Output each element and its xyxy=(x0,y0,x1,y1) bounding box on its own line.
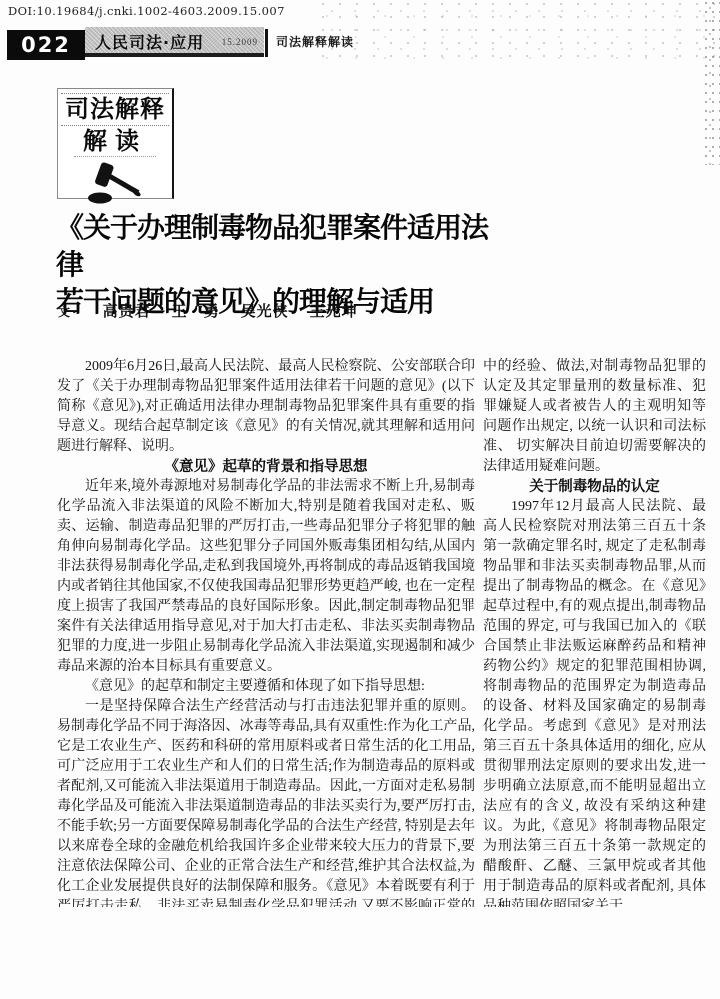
rubric-badge: 司法解释 解读 xyxy=(57,88,174,199)
body-column-right: 中的经验、做法,对制毒物品犯罪的认定及其定罪量刑的数量标准、犯罪嫌疑人或者被告人… xyxy=(483,357,706,907)
journal-name: 人民司法·应用 xyxy=(95,30,204,53)
scan-noise-edge xyxy=(704,0,720,165)
paragraph: 一是坚持保障合法生产经营活动与打击违法犯罪并重的原则。易制毒化学品不同于海洛因、… xyxy=(57,697,475,907)
rubric-title: 司法解释 xyxy=(61,93,169,126)
author-name: 王光坤 xyxy=(310,300,358,321)
issue-number: 15.2009 xyxy=(222,37,258,47)
section-heading: 《意见》起草的背景和指导思想 xyxy=(57,457,475,477)
byline: 文· 高贵君 王 勇 吴光侠 王光坤 xyxy=(58,300,379,321)
article-title-line1: 《关于办理制毒物品犯罪案件适用法律 xyxy=(56,209,490,283)
paragraph: 近年来,境外毒源地对易制毒化学品的非法需求不断上升,易制毒化学品流入非法渠道的风… xyxy=(57,477,475,677)
paragraph: 2009年6月26日,最高人民法院、最高人民检察院、公安部联合印发了《关于办理制… xyxy=(57,357,475,457)
header-divider xyxy=(265,29,268,57)
page-number-badge: 022 xyxy=(7,30,85,60)
gavel-icon xyxy=(86,162,144,206)
journal-page: DOI:10.19684/j.cnki.1002-4603.2009.15.00… xyxy=(0,0,720,999)
author-name: 吴光侠 xyxy=(241,300,289,321)
paragraph: 1997年12月最高人民法院、最高人民检察院对刑法第三百五十条第一款确定罪名时,… xyxy=(483,497,706,907)
scan-noise xyxy=(320,0,720,62)
rubric-subtitle: 解读 xyxy=(74,127,156,157)
body-column-left: 2009年6月26日,最高人民法院、最高人民检察院、公安部联合印发了《关于办理制… xyxy=(57,357,475,907)
byline-prefix: 文· xyxy=(58,303,79,320)
section-label: 司法解释解读 xyxy=(276,33,354,50)
paragraph: 《意见》的起草和制定主要遵循和体现了如下指导思想: xyxy=(57,677,475,697)
journal-header-band: 人民司法·应用 15.2009 xyxy=(85,27,264,57)
author-name: 高贵君 xyxy=(103,300,151,321)
doi-line: DOI:10.19684/j.cnki.1002-4603.2009.15.00… xyxy=(8,4,285,18)
paragraph-continuation: 中的经验、做法,对制毒物品犯罪的认定及其定罪量刑的数量标准、犯罪嫌疑人或者被告人… xyxy=(483,357,706,477)
author-name: 王 勇 xyxy=(172,300,220,321)
section-heading: 关于制毒物品的认定 xyxy=(483,477,706,497)
